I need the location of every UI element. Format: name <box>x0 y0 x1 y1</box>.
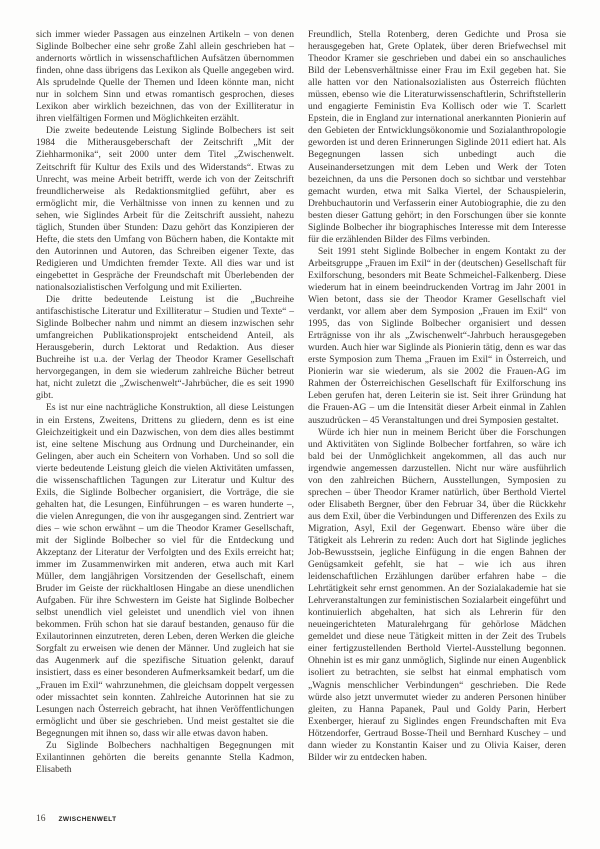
paragraph: Die dritte bedeutende Leistung ist die „… <box>36 294 294 402</box>
journal-name: ZWISCHENWELT <box>59 816 117 823</box>
text-columns: sich immer wieder Passagen aus einzelnen… <box>36 29 566 776</box>
text-column-left: sich immer wieder Passagen aus einzelnen… <box>36 29 294 776</box>
paragraph: Zu Siglinde Bolbechers nachhaltigen Bege… <box>36 740 294 776</box>
text-column-right: Freundlich, Stella Rotenberg, deren Gedi… <box>308 29 566 776</box>
paragraph: Würde ich hier nun in meinem Bericht übe… <box>308 427 566 764</box>
paragraph: Seit 1991 steht Siglinde Bolbecher in en… <box>308 246 566 427</box>
paragraph: Freundlich, Stella Rotenberg, deren Gedi… <box>308 29 566 246</box>
paragraph: Die zweite bedeutende Leistung Siglinde … <box>36 125 294 294</box>
paragraph: sich immer wieder Passagen aus einzelnen… <box>36 29 294 125</box>
page-footer: 16 ZWISCHENWELT <box>36 814 117 824</box>
page-number: 16 <box>36 814 46 824</box>
paragraph: Es ist nur eine nachträgliche Konstrukti… <box>36 402 294 739</box>
journal-page: sich immer wieder Passagen aus einzelnen… <box>0 0 600 849</box>
